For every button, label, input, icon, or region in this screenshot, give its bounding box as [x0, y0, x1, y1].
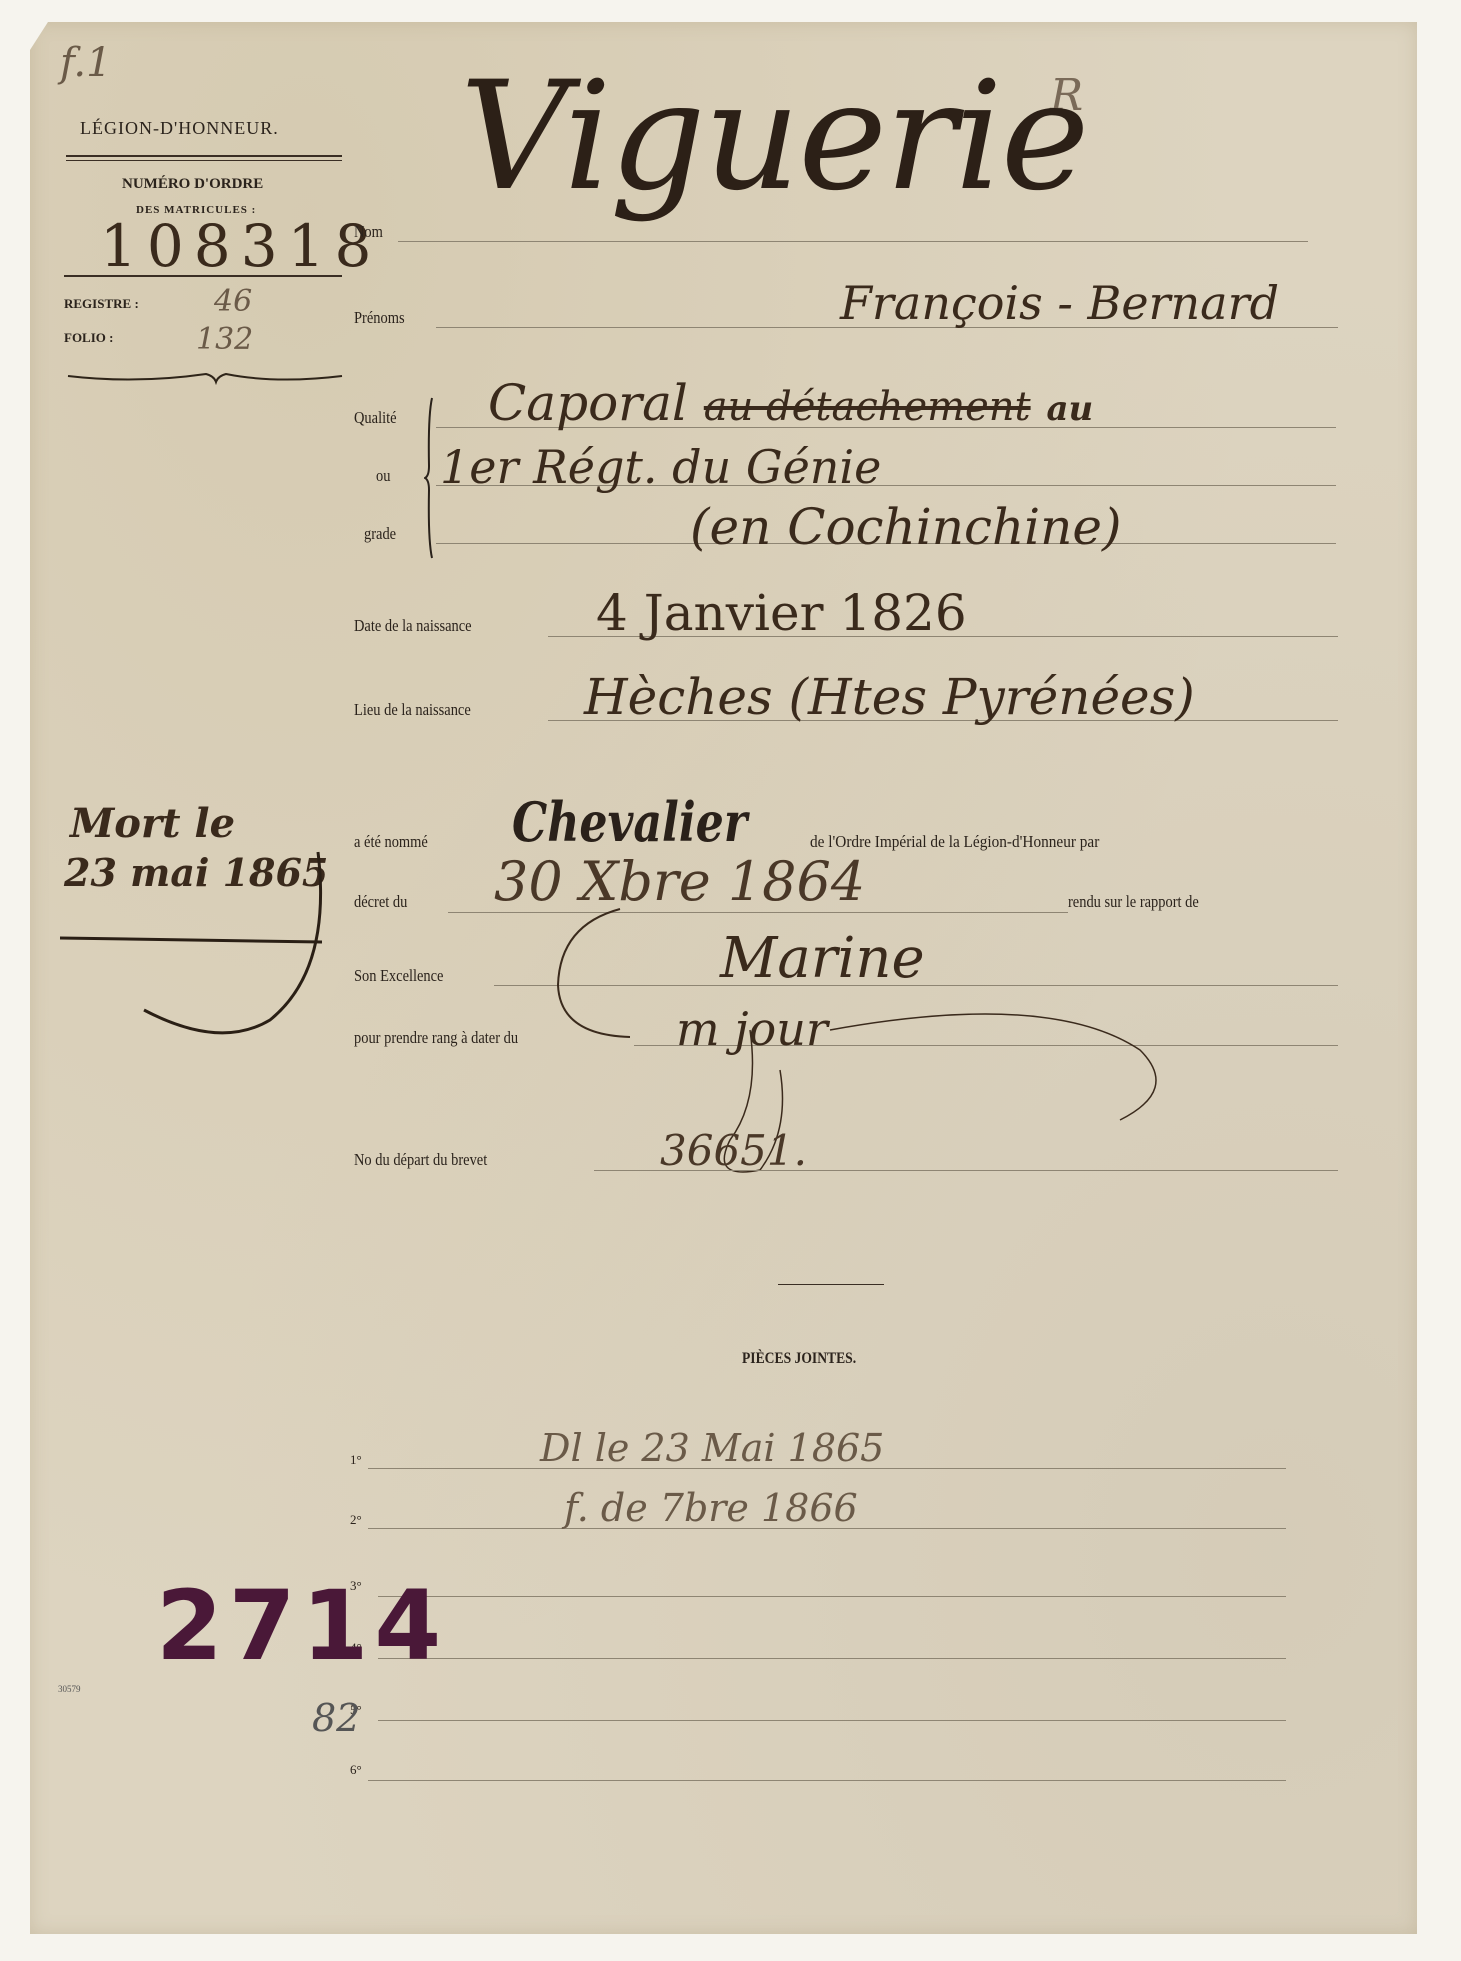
qualite-rank: Caporal [488, 374, 688, 432]
piece-line [378, 1596, 1286, 1597]
piece-num: 2° [350, 1512, 362, 1528]
registre-value: 46 [214, 284, 252, 319]
excellence-flourish-icon [550, 905, 650, 1045]
date-naissance-label: Date de la naissance [354, 616, 472, 636]
folio-value: 132 [196, 322, 253, 357]
brace-icon [424, 396, 436, 560]
qualite-value-2: 1er Régt. du Génie [440, 440, 881, 494]
decret-label: décret du [354, 892, 407, 912]
rang-label: pour prendre rang à dater du [354, 1028, 518, 1048]
piece-line [378, 1720, 1286, 1721]
date-naissance-value: 4 Janvier 1826 [596, 584, 967, 642]
nom-line [398, 241, 1308, 242]
registre-label: REGISTRE : [64, 296, 139, 312]
rang-flourish-icon [720, 1010, 1190, 1210]
prenoms-value: François - Bernard [840, 276, 1279, 330]
qualite-suffix: au [1047, 389, 1094, 429]
decret-value: 30 Xbre 1864 [494, 850, 865, 913]
order-title: LÉGION-D'HONNEUR. [80, 118, 279, 139]
piece-num: 6° [350, 1762, 362, 1778]
lieu-naissance-value: Hèches (Htes Pyrénées) [584, 668, 1195, 726]
excellence-value: Marine [720, 926, 925, 991]
qualite-struck: au détachement [704, 384, 1031, 430]
title-divider-2 [66, 160, 342, 161]
death-note-flourish-icon [60, 850, 330, 1040]
piece-line [368, 1780, 1286, 1781]
numero-label: NUMÉRO D'ORDRE [122, 176, 263, 193]
ou-label: ou [376, 466, 390, 486]
excellence-label: Son Excellence [354, 966, 443, 986]
death-note-line1: Mort le [70, 800, 235, 847]
ornament-divider-icon [66, 368, 346, 388]
title-divider [66, 155, 342, 157]
numero-value: 108318 [100, 212, 381, 280]
qualite-value-1: Caporal au détachement au [488, 374, 1093, 432]
piece-value: f. de 7bre 1866 [564, 1486, 858, 1530]
piece-line [378, 1658, 1286, 1659]
brevet-value: 36651. [660, 1126, 807, 1175]
handwritten-sub-number: 82 [312, 1696, 360, 1740]
rank-chevalier: Chevalier [512, 790, 747, 854]
decret-suffix: rendu sur le rapport de [1068, 892, 1199, 912]
section-divider [778, 1284, 884, 1285]
nom-value: Viguerie [460, 50, 1088, 224]
folio-label: FOLIO : [64, 330, 113, 346]
prenoms-label: Prénoms [354, 308, 405, 328]
brevet-label: No du départ du brevet [354, 1150, 487, 1170]
grade-label: grade [364, 524, 396, 544]
piece-num: 1° [350, 1452, 362, 1468]
nomination-prefix: a été nommé [354, 832, 428, 852]
corner-note: f.1 [60, 40, 112, 86]
lieu-naissance-label: Lieu de la naissance [354, 700, 471, 720]
qualite-label: Qualité [354, 408, 397, 428]
pieces-jointes-title: PIÈCES JOINTES. [742, 1350, 856, 1368]
dossier-stamp: 2714 [156, 1570, 447, 1682]
nom-label: Nom [354, 222, 383, 242]
nomination-suffix: de l'Ordre Impérial de la Légion-d'Honne… [810, 832, 1099, 852]
print-code: 30579 [58, 1684, 81, 1694]
qualite-value-3: (en Cochinchine) [690, 498, 1121, 556]
piece-value: Dl le 23 Mai 1865 [540, 1426, 884, 1470]
numero-underline [64, 275, 342, 277]
